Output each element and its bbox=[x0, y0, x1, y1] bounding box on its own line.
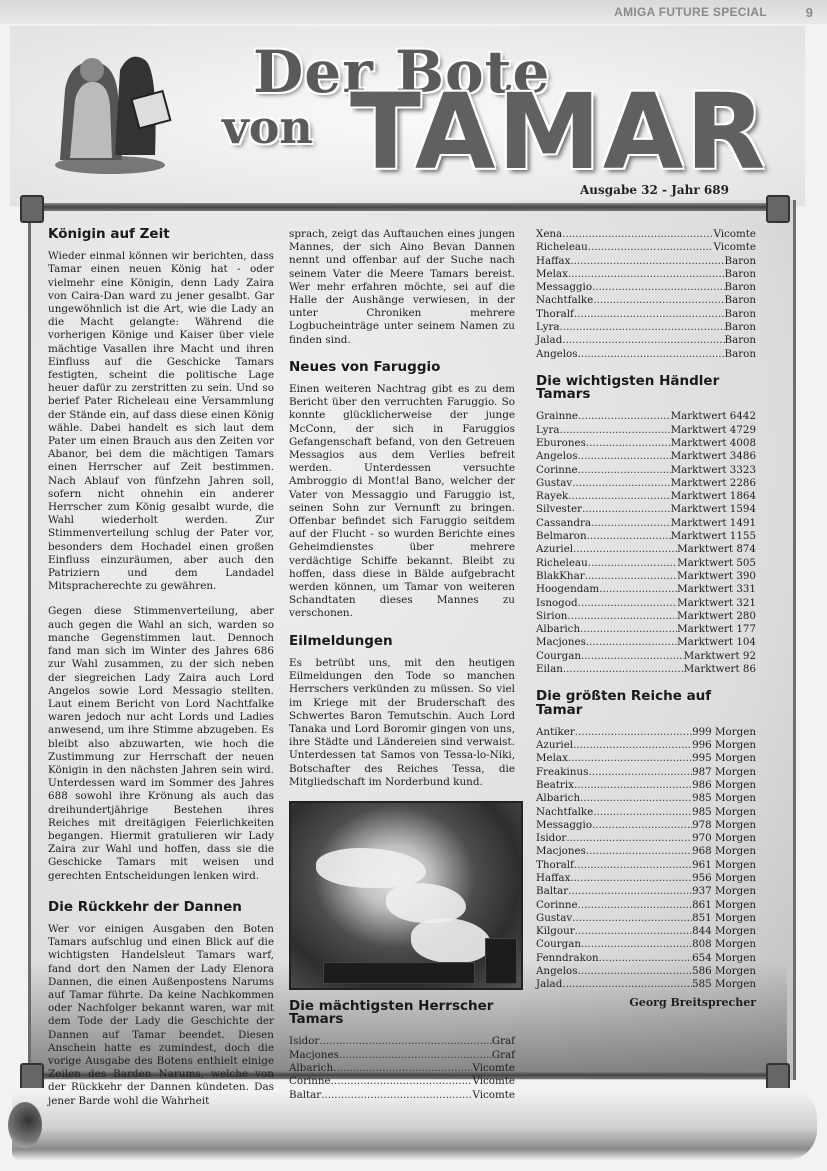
list-item: Courgan808 Morgen bbox=[536, 938, 756, 951]
reiche-list: Antiker999 Morgen Azuriel996 Morgen Mela… bbox=[536, 726, 756, 992]
realm-name: Thoralf bbox=[536, 859, 574, 872]
leader-dots bbox=[568, 885, 692, 898]
list-item: MacjonesGraf bbox=[289, 1049, 515, 1062]
market-value: Marktwert 4008 bbox=[671, 437, 756, 450]
trader-name: Silvester bbox=[536, 503, 582, 516]
map-landmass bbox=[386, 883, 466, 923]
realm-size: 654 Morgen bbox=[692, 952, 756, 965]
leader-dots bbox=[339, 1049, 492, 1062]
article-paragraph: Wieder einmal können wir berichten, dass… bbox=[48, 250, 274, 593]
trader-name: Cassandra bbox=[536, 517, 591, 530]
list-item: GustavMarktwert 2286 bbox=[536, 477, 756, 490]
leader-dots bbox=[586, 845, 692, 858]
realm-size: 961 Morgen bbox=[692, 859, 756, 872]
trader-name: Azuriel bbox=[536, 543, 573, 556]
article-paragraph: Es betrübt uns, mit den heutigen Eilmeld… bbox=[289, 657, 515, 789]
leader-dots bbox=[578, 597, 678, 610]
leader-dots bbox=[581, 938, 692, 951]
list-item: Isidor970 Morgen bbox=[536, 832, 756, 845]
list-item: LyraMarktwert 4729 bbox=[536, 424, 756, 437]
ruler-name: Melax bbox=[536, 268, 568, 281]
list-item: XenaVicomte bbox=[536, 228, 756, 241]
realm-name: Gustav bbox=[536, 912, 572, 925]
leader-dots bbox=[568, 490, 670, 503]
realm-name: Macjones bbox=[536, 845, 586, 858]
author-signature: Georg Breitsprecher bbox=[536, 996, 756, 1009]
rod-knob-icon bbox=[20, 195, 44, 223]
ruler-name: Albarich bbox=[289, 1062, 333, 1075]
market-value: Marktwert 104 bbox=[677, 636, 756, 649]
realm-name: Kilgour bbox=[536, 925, 575, 938]
list-item: Melax995 Morgen bbox=[536, 752, 756, 765]
list-item: EilanMarktwert 86 bbox=[536, 663, 756, 676]
list-item: Antiker999 Morgen bbox=[536, 726, 756, 739]
list-title: Die mächtigsten Herrscher Tamars bbox=[289, 1000, 515, 1026]
list-item: IsnogodMarktwert 321 bbox=[536, 597, 756, 610]
trader-name: Hoogendam bbox=[536, 583, 599, 596]
realm-name: Freakinus bbox=[536, 766, 588, 779]
leader-dots bbox=[321, 1089, 472, 1102]
market-value: Marktwert 331 bbox=[677, 583, 756, 596]
ruler-title: Baron bbox=[725, 308, 756, 321]
leader-dots bbox=[588, 766, 692, 779]
leader-dots bbox=[578, 450, 671, 463]
page-number: 9 bbox=[806, 5, 813, 20]
column-left: Königin auf Zeit Wieder einmal können wi… bbox=[48, 228, 274, 1120]
leader-dots bbox=[599, 583, 677, 596]
list-item: HaffaxBaron bbox=[536, 255, 756, 268]
ruler-title: Vicomte bbox=[713, 228, 756, 241]
realm-size: 996 Morgen bbox=[692, 739, 756, 752]
list-item: EburonesMarktwert 4008 bbox=[536, 437, 756, 450]
list-item: Gustav851 Morgen bbox=[536, 912, 756, 925]
leader-dots bbox=[586, 636, 677, 649]
market-value: Marktwert 1594 bbox=[671, 503, 756, 516]
market-value: Marktwert 2286 bbox=[671, 477, 756, 490]
market-value: Marktwert 3323 bbox=[671, 464, 756, 477]
market-value: Marktwert 3486 bbox=[671, 450, 756, 463]
list-item: RayekMarktwert 1864 bbox=[536, 490, 756, 503]
leader-dots bbox=[573, 543, 677, 556]
list-item: CorinneVicomte bbox=[289, 1075, 515, 1088]
leader-dots bbox=[581, 650, 684, 663]
list-item: BlakKharMarktwert 390 bbox=[536, 570, 756, 583]
ruler-name: Macjones bbox=[289, 1049, 339, 1062]
leader-dots bbox=[573, 739, 692, 752]
list-item: BaltarVicomte bbox=[289, 1089, 515, 1102]
market-value: Marktwert 505 bbox=[677, 557, 756, 570]
article-title: Die Rückkehr der Dannen bbox=[48, 901, 274, 914]
ruler-title: Baron bbox=[725, 294, 756, 307]
list-item: Kilgour844 Morgen bbox=[536, 925, 756, 938]
list-item: Nachtfalke985 Morgen bbox=[536, 806, 756, 819]
list-item: Messaggio978 Morgen bbox=[536, 819, 756, 832]
market-value: Marktwert 4729 bbox=[671, 424, 756, 437]
realm-size: 985 Morgen bbox=[692, 806, 756, 819]
herrscher-list-part2: XenaVicomte RicheleauVicomte HaffaxBaron… bbox=[536, 228, 756, 361]
realm-size: 985 Morgen bbox=[692, 792, 756, 805]
market-value: Marktwert 390 bbox=[677, 570, 756, 583]
ruler-title: Baron bbox=[725, 281, 756, 294]
leader-dots bbox=[566, 832, 692, 845]
list-item: BelmaronMarktwert 1155 bbox=[536, 530, 756, 543]
trader-name: Gustav bbox=[536, 477, 572, 490]
article-paragraph: Wer vor einigen Ausgaben den Boten Tamar… bbox=[48, 923, 274, 1108]
realm-size: 995 Morgen bbox=[692, 752, 756, 765]
trader-name: Belmaron bbox=[536, 530, 587, 543]
leader-dots bbox=[562, 228, 713, 241]
realm-size: 970 Morgen bbox=[692, 832, 756, 845]
ruler-title: Baron bbox=[725, 348, 756, 361]
ruler-title: Vicomte bbox=[472, 1062, 515, 1075]
kings-illustration-icon bbox=[40, 40, 180, 175]
list-item: NachtfalkeBaron bbox=[536, 294, 756, 307]
list-item: GrainneMarktwert 6442 bbox=[536, 410, 756, 423]
realm-name: Fenndrakon bbox=[536, 952, 599, 965]
ruler-title: Baron bbox=[725, 334, 756, 347]
list-item: Thoralf961 Morgen bbox=[536, 859, 756, 872]
realm-name: Azuriel bbox=[536, 739, 573, 752]
realm-name: Angelos bbox=[536, 965, 578, 978]
realm-size: 968 Morgen bbox=[692, 845, 756, 858]
ruler-name: Haffax bbox=[536, 255, 570, 268]
trader-name: Eburones bbox=[536, 437, 586, 450]
leader-dots bbox=[319, 1035, 492, 1048]
list-item: Haffax956 Morgen bbox=[536, 872, 756, 885]
herrscher-list-part1: IsidorGraf MacjonesGraf AlbarichVicomte … bbox=[289, 1035, 515, 1101]
ruler-name: Richeleau bbox=[536, 241, 588, 254]
list-item: JaladBaron bbox=[536, 334, 756, 347]
list-item: RicheleauMarktwert 505 bbox=[536, 557, 756, 570]
market-value: Marktwert 874 bbox=[677, 543, 756, 556]
list-item: Baltar937 Morgen bbox=[536, 885, 756, 898]
realm-size: 999 Morgen bbox=[692, 726, 756, 739]
leader-dots bbox=[591, 517, 671, 530]
leader-dots bbox=[575, 726, 692, 739]
article-paragraph: Gegen diese Stimmenverteilung, aber auch… bbox=[48, 605, 274, 882]
ruler-title: Vicomte bbox=[472, 1075, 515, 1088]
list-title: Die größten Reiche auf Tamar bbox=[536, 690, 756, 716]
leader-dots bbox=[574, 859, 692, 872]
realm-name: Beatrix bbox=[536, 779, 574, 792]
list-item: Fenndrakon654 Morgen bbox=[536, 952, 756, 965]
ruler-name: Xena bbox=[536, 228, 562, 241]
realm-size: 844 Morgen bbox=[692, 925, 756, 938]
leader-dots bbox=[568, 752, 692, 765]
leader-dots bbox=[574, 779, 692, 792]
realm-name: Haffax bbox=[536, 872, 570, 885]
leader-dots bbox=[587, 530, 671, 543]
list-item: Macjones968 Morgen bbox=[536, 845, 756, 858]
market-value: Marktwert 280 bbox=[677, 610, 756, 623]
market-value: Marktwert 321 bbox=[677, 597, 756, 610]
trader-name: Lyra bbox=[536, 424, 560, 437]
realm-name: Nachtfalke bbox=[536, 806, 593, 819]
rod-knob-icon bbox=[766, 195, 790, 223]
ruler-title: Baron bbox=[725, 255, 756, 268]
game-hud-panel bbox=[323, 962, 475, 984]
leader-dots bbox=[586, 437, 671, 450]
haendler-list: GrainneMarktwert 6442 LyraMarktwert 4729… bbox=[536, 410, 756, 676]
leader-dots bbox=[568, 268, 725, 281]
list-item: SilvesterMarktwert 1594 bbox=[536, 503, 756, 516]
realm-size: 978 Morgen bbox=[692, 819, 756, 832]
leader-dots bbox=[560, 321, 725, 334]
leader-dots bbox=[593, 806, 692, 819]
leader-dots bbox=[578, 348, 725, 361]
realm-name: Baltar bbox=[536, 885, 568, 898]
leader-dots bbox=[580, 623, 677, 636]
list-item: SirionMarktwert 280 bbox=[536, 610, 756, 623]
list-item: RicheleauVicomte bbox=[536, 241, 756, 254]
market-value: Marktwert 177 bbox=[677, 623, 756, 636]
leader-dots bbox=[331, 1075, 473, 1088]
realm-name: Melax bbox=[536, 752, 568, 765]
realm-name: Antiker bbox=[536, 726, 575, 739]
list-item: IsidorGraf bbox=[289, 1035, 515, 1048]
list-item: HoogendamMarktwert 331 bbox=[536, 583, 756, 596]
game-screenshot bbox=[289, 801, 523, 990]
trader-name: Angelos bbox=[536, 450, 578, 463]
realm-name: Isidor bbox=[536, 832, 566, 845]
trader-name: Sirion bbox=[536, 610, 567, 623]
realm-size: 586 Morgen bbox=[692, 965, 756, 978]
leader-dots bbox=[574, 308, 725, 321]
leader-dots bbox=[562, 334, 724, 347]
realm-name: Albarich bbox=[536, 792, 580, 805]
leader-dots bbox=[572, 477, 670, 490]
list-item: CorinneMarktwert 3323 bbox=[536, 464, 756, 477]
realm-size: 808 Morgen bbox=[692, 938, 756, 951]
trader-name: Eilan bbox=[536, 663, 563, 676]
realm-size: 956 Morgen bbox=[692, 872, 756, 885]
realm-size: 585 Morgen bbox=[692, 978, 756, 991]
realm-size: 861 Morgen bbox=[692, 899, 756, 912]
masthead-title-tamar: TAMAR bbox=[350, 80, 767, 184]
ruler-title: Baron bbox=[725, 268, 756, 281]
list-item: Angelos586 Morgen bbox=[536, 965, 756, 978]
top-rod bbox=[30, 203, 790, 211]
realm-name: Corinne bbox=[536, 899, 578, 912]
realm-size: 937 Morgen bbox=[692, 885, 756, 898]
leader-dots bbox=[578, 464, 671, 477]
list-item: Beatrix986 Morgen bbox=[536, 779, 756, 792]
list-item: LyraBaron bbox=[536, 321, 756, 334]
list-item: Azuriel996 Morgen bbox=[536, 739, 756, 752]
ruler-name: Isidor bbox=[289, 1035, 319, 1048]
market-value: Marktwert 6442 bbox=[671, 410, 756, 423]
ruler-name: Angelos bbox=[536, 348, 578, 361]
ruler-title: Baron bbox=[725, 321, 756, 334]
list-item: AzurielMarktwert 874 bbox=[536, 543, 756, 556]
leader-dots bbox=[582, 503, 671, 516]
page-header-bar: AMIGA FUTURE SPECIAL 9 bbox=[0, 0, 827, 24]
list-item: CassandraMarktwert 1491 bbox=[536, 517, 756, 530]
realm-size: 987 Morgen bbox=[692, 766, 756, 779]
market-value: Marktwert 86 bbox=[684, 663, 756, 676]
ruler-name: Baltar bbox=[289, 1089, 321, 1102]
trader-name: Corinne bbox=[536, 464, 578, 477]
article-paragraph: Einen weiteren Nachtrag gibt es zu dem B… bbox=[289, 383, 515, 621]
market-value: Marktwert 92 bbox=[684, 650, 756, 663]
leader-dots bbox=[333, 1062, 472, 1075]
issue-label: Ausgabe 32 - Jahr 689 bbox=[580, 183, 729, 197]
leader-dots bbox=[592, 281, 725, 294]
leader-dots bbox=[560, 424, 671, 437]
list-item: MelaxBaron bbox=[536, 268, 756, 281]
leader-dots bbox=[562, 978, 692, 991]
map-landmass bbox=[411, 918, 491, 963]
leader-dots bbox=[575, 925, 692, 938]
trader-name: Richeleau bbox=[536, 557, 588, 570]
list-item: Corinne861 Morgen bbox=[536, 899, 756, 912]
list-item: MacjonesMarktwert 104 bbox=[536, 636, 756, 649]
trader-name: Courgan bbox=[536, 650, 581, 663]
list-item: AngelosBaron bbox=[536, 348, 756, 361]
list-title: Die wichtigsten Händler Tamars bbox=[536, 375, 756, 401]
leader-dots bbox=[578, 965, 693, 978]
leader-dots bbox=[563, 663, 684, 676]
leader-dots bbox=[578, 899, 692, 912]
leader-dots bbox=[585, 570, 677, 583]
article-title: Neues von Faruggio bbox=[289, 361, 515, 374]
ruler-name: Nachtfalke bbox=[536, 294, 593, 307]
ruler-name: Jalad bbox=[536, 334, 562, 347]
leader-dots bbox=[588, 557, 677, 570]
ruler-name: Messaggio bbox=[536, 281, 592, 294]
list-item: MessaggioBaron bbox=[536, 281, 756, 294]
list-item: ThoralfBaron bbox=[536, 308, 756, 321]
ruler-title: Vicomte bbox=[472, 1089, 515, 1102]
list-item: AngelosMarktwert 3486 bbox=[536, 450, 756, 463]
leader-dots bbox=[599, 952, 692, 965]
column-right: XenaVicomte RicheleauVicomte HaffaxBaron… bbox=[536, 228, 756, 1009]
leader-dots bbox=[570, 872, 692, 885]
realm-name: Courgan bbox=[536, 938, 581, 951]
list-item: AlbarichMarktwert 177 bbox=[536, 623, 756, 636]
market-value: Marktwert 1864 bbox=[671, 490, 756, 503]
ruler-name: Corinne bbox=[289, 1075, 331, 1088]
article-paragraph: sprach, zeigt das Auftauchen eines junge… bbox=[289, 228, 515, 347]
realm-name: Messaggio bbox=[536, 819, 592, 832]
ruler-title: Graf bbox=[492, 1035, 515, 1048]
list-item: AlbarichVicomte bbox=[289, 1062, 515, 1075]
ruler-name: Lyra bbox=[536, 321, 560, 334]
leader-dots bbox=[578, 410, 671, 423]
leader-dots bbox=[567, 610, 677, 623]
scroll-curl-icon bbox=[8, 1102, 42, 1148]
trader-name: Rayek bbox=[536, 490, 568, 503]
ruler-title: Graf bbox=[492, 1049, 515, 1062]
leader-dots bbox=[572, 912, 692, 925]
article-title: Königin auf Zeit bbox=[48, 228, 274, 241]
leader-dots bbox=[580, 792, 692, 805]
trader-name: Macjones bbox=[536, 636, 586, 649]
list-item: Albarich985 Morgen bbox=[536, 792, 756, 805]
realm-name: Jalad bbox=[536, 978, 562, 991]
ruler-title: Vicomte bbox=[713, 241, 756, 254]
list-item: Jalad585 Morgen bbox=[536, 978, 756, 991]
leader-dots bbox=[588, 241, 714, 254]
trader-name: Isnogod bbox=[536, 597, 578, 610]
leader-dots bbox=[570, 255, 724, 268]
realm-size: 851 Morgen bbox=[692, 912, 756, 925]
game-hud-side-panel bbox=[485, 938, 517, 984]
leader-dots bbox=[593, 294, 724, 307]
market-value: Marktwert 1491 bbox=[671, 517, 756, 530]
list-item: CourganMarktwert 92 bbox=[536, 650, 756, 663]
realm-size: 986 Morgen bbox=[692, 779, 756, 792]
article-title: Eilmeldungen bbox=[289, 635, 515, 648]
market-value: Marktwert 1155 bbox=[671, 530, 756, 543]
magazine-name: AMIGA FUTURE SPECIAL bbox=[614, 5, 767, 19]
map-landmass bbox=[316, 848, 426, 888]
list-item: Freakinus987 Morgen bbox=[536, 766, 756, 779]
trader-name: Grainne bbox=[536, 410, 578, 423]
masthead-title-von: von bbox=[222, 100, 313, 154]
trader-name: BlakKhar bbox=[536, 570, 585, 583]
trader-name: Albarich bbox=[536, 623, 580, 636]
leader-dots bbox=[592, 819, 692, 832]
ruler-name: Thoralf bbox=[536, 308, 574, 321]
column-middle: sprach, zeigt das Auftauchen eines junge… bbox=[289, 228, 515, 1102]
